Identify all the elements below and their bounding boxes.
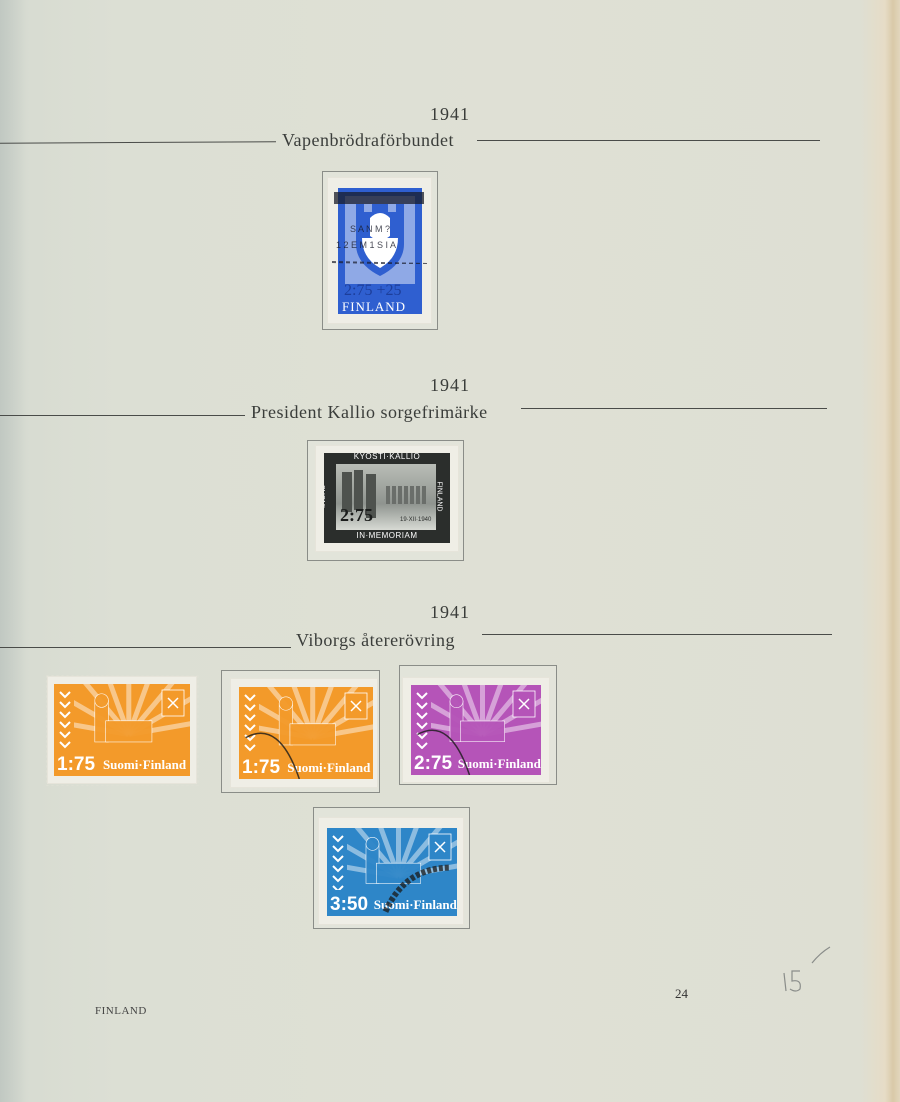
stamp-mount: 2:75 Suomi·Finland <box>399 665 557 785</box>
stamp-vapenbrodra[interactable]: 2:75 +25 FINLAND S A N M ? 1 2 E M 1 S I… <box>328 178 431 323</box>
stamp-design: 2:75 Suomi·Finland <box>411 685 541 775</box>
page-number: 24 <box>675 986 688 1002</box>
stamp-viborg-3-50[interactable]: 3:50 Suomi·Finland <box>319 818 463 924</box>
stamp-right-text: FINLAND <box>435 482 442 512</box>
section-header: President Kallio sorgefrimärke <box>0 402 900 426</box>
stamp-design: 1:75 Suomi·Finland <box>54 684 190 776</box>
svg-text:1:75: 1:75 <box>57 754 95 775</box>
stamp-country: FINLAND <box>342 299 406 314</box>
cancellation-mark: S A N M ? 1 2 E M 1 S I A <box>330 184 430 264</box>
svg-text:Suomi·Finland: Suomi·Finland <box>458 756 541 771</box>
svg-text:3:50: 3:50 <box>330 894 368 915</box>
stamp-viborg-1-75-mint[interactable]: 1:75 Suomi·Finland <box>48 677 196 783</box>
stamp-mount: 3:50 Suomi·Finland <box>313 807 470 929</box>
stamp-value: 2:75 <box>340 505 373 526</box>
svg-text:Suomi·Finland: Suomi·Finland <box>103 757 187 772</box>
stamp-left-text: SUOMI <box>324 485 325 508</box>
header-rule-left <box>0 647 291 648</box>
page-gutter-shadow <box>0 0 26 1102</box>
page-country-label: FINLAND <box>95 1005 147 1017</box>
section-header: Viborgs återerövring <box>0 630 900 654</box>
header-rule-right <box>482 634 832 635</box>
section-title: Viborgs återerövring <box>296 630 455 651</box>
stamp-design: KYÖSTI·KALLIO IN·MEMORIAM SUOMI FINLAND … <box>324 453 450 543</box>
stamp-kallio[interactable]: KYÖSTI·KALLIO IN·MEMORIAM SUOMI FINLAND … <box>316 446 458 551</box>
stamp-top-text: KYÖSTI·KALLIO <box>330 453 444 461</box>
section-year: 1941 <box>0 104 900 125</box>
stamp-viborg-1-75-used[interactable]: 1:75 Suomi·Finland <box>231 679 377 787</box>
viborg-castle-design: 1:75 Suomi·Finland <box>239 687 373 779</box>
stamp-date: 19·XII·1940 <box>400 517 431 523</box>
stamp-design: 1:75 Suomi·Finland <box>239 687 373 779</box>
header-rule-right <box>477 140 820 141</box>
viborg-castle-design: 3:50 Suomi·Finland <box>327 828 457 916</box>
pencil-price-note <box>780 945 840 995</box>
viborg-castle-design: 2:75 Suomi·Finland <box>411 685 541 775</box>
section-year: 1941 <box>0 602 900 623</box>
svg-text:2:75: 2:75 <box>414 753 452 774</box>
svg-text:1 2 E M 1 S I A: 1 2 E M 1 S I A <box>336 240 396 250</box>
header-rule-right <box>521 408 827 409</box>
stamp-bottom-text: IN·MEMORIAM <box>330 531 444 540</box>
stamp-value: 2:75 +25 <box>344 282 401 300</box>
stamp-mount: 1:75 Suomi·Finland <box>221 670 380 793</box>
section-year: 1941 <box>0 375 900 396</box>
viborg-castle-design: 1:75 Suomi·Finland <box>54 684 190 776</box>
stamp-viborg-2-75[interactable]: 2:75 Suomi·Finland <box>403 678 549 782</box>
svg-text:Suomi·Finland: Suomi·Finland <box>287 760 371 775</box>
stamp-design: 3:50 Suomi·Finland <box>327 828 457 916</box>
section-title: Vapenbrödraförbundet <box>282 130 454 151</box>
header-rule-left <box>0 415 245 416</box>
svg-text:1:75: 1:75 <box>242 757 280 778</box>
section-header: Vapenbrödraförbundet <box>0 130 900 154</box>
header-rule-left <box>0 141 276 143</box>
stamp-mount: 2:75 +25 FINLAND S A N M ? 1 2 E M 1 S I… <box>322 171 438 330</box>
stamp-mount: KYÖSTI·KALLIO IN·MEMORIAM SUOMI FINLAND … <box>307 440 464 561</box>
section-title: President Kallio sorgefrimärke <box>251 402 488 423</box>
svg-text:S A N M ?: S A N M ? <box>350 224 390 234</box>
